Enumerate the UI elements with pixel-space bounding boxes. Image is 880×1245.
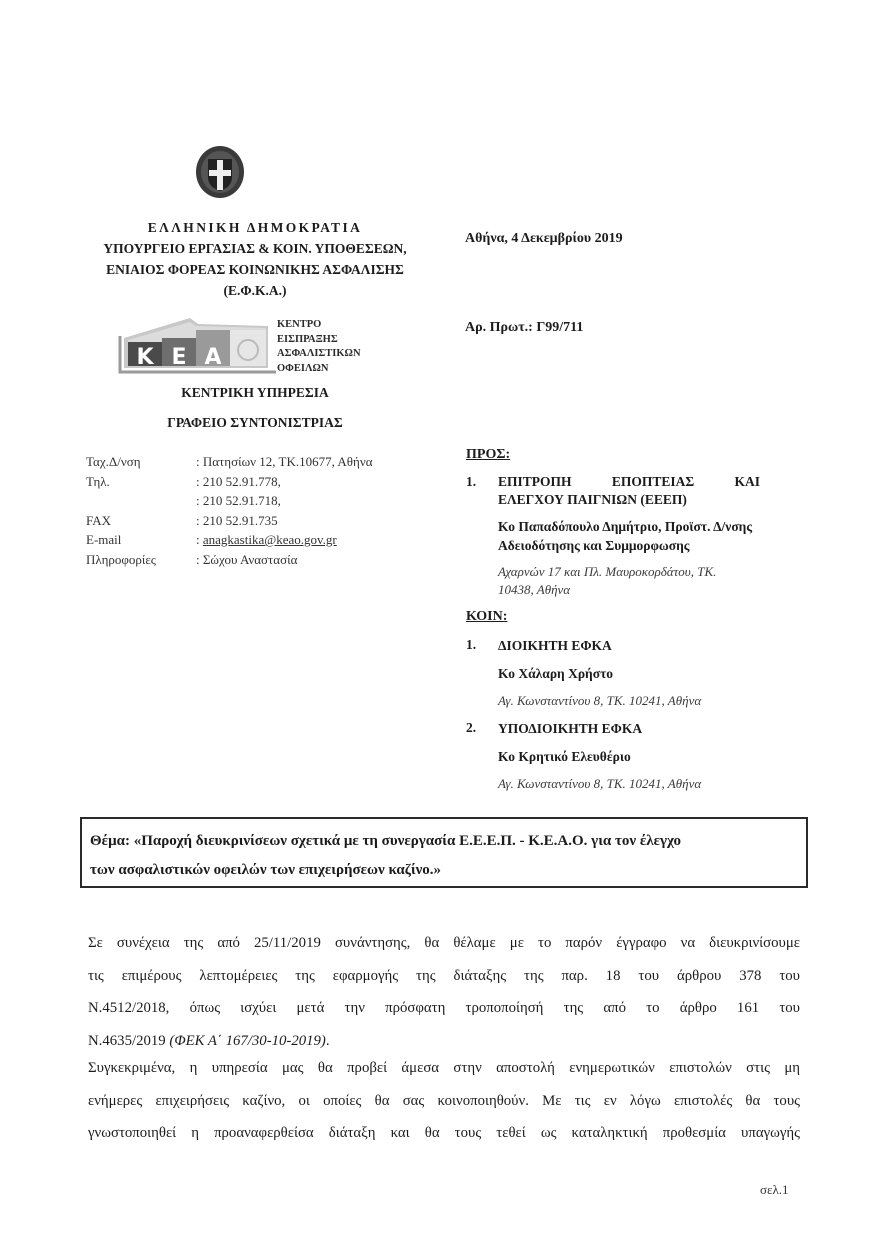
address-line: 10438, Αθήνα [498, 581, 716, 599]
org-word: ΕΠΙΤΡΟΠΗ [498, 473, 572, 491]
recipient-address: Αγ. Κωνσταντίνου 8, ΤΚ. 10241, Αθήνα [498, 775, 701, 793]
logo-text-line: ΑΣΦΑΛΙΣΤΙΚΩΝ [277, 347, 361, 362]
document-date: Αθήνα, 4 Δεκεμβρίου 2019 [465, 231, 623, 247]
contact-label: Ταχ.Δ/νση [86, 452, 196, 472]
person-line: Αδειοδότησης και Συμμορφωσης [498, 537, 752, 556]
email-link[interactable]: anagkastika@keao.gov.gr [203, 532, 337, 547]
agency-name: ΕΝΙΑΙΟΣ ΦΟΡΕΑΣ ΚΟΙΝΩΝΙΚΗΣ ΑΣΦΑΛΙΣΗΣ [70, 259, 440, 280]
punctuation: . [326, 1033, 330, 1049]
contact-info: Ταχ.Δ/νση : Πατησίων 12, ΤΚ.10677, Αθήνα… [86, 452, 373, 569]
gazette-reference: (ΦΕΚ Α΄ 167/30-10-2019) [169, 1033, 325, 1049]
org-word: ΕΠΟΠΤΕΙΑΣ [612, 473, 694, 491]
contact-label: E-mail [86, 530, 196, 550]
recipient-org: ΥΠΟΔΙΟΙΚΗΤΗ ΕΦΚΑ [498, 720, 642, 738]
cc-heading: ΚΟΙΝ: [466, 609, 507, 625]
contact-value: : Πατησίων 12, ΤΚ.10677, Αθήνα [196, 452, 373, 472]
agency-abbr: (Ε.Φ.Κ.Α.) [70, 280, 440, 301]
contact-value: : anagkastika@keao.gov.gr [196, 530, 337, 550]
paragraph-line: Σε συνέχεια της από 25/11/2019 συνάντηση… [88, 927, 800, 960]
protocol-number: Αρ. Πρωτ.: Γ99/711 [465, 320, 583, 336]
office-name: ΓΡΑΦΕΙΟ ΣΥΝΤΟΝΙΣΤΡΙΑΣ [70, 412, 440, 433]
contact-label [86, 491, 196, 511]
page-number: σελ.1 [760, 1182, 789, 1198]
subject-box: Θέμα: «Παροχή διευκρινίσεων σχετικά με τ… [80, 817, 808, 888]
contact-row-phone: Τηλ. : 210 52.91.778, [86, 472, 373, 492]
logo-text-line: ΟΦΕΙΛΩΝ [277, 362, 361, 377]
republic-name: ΕΛΛΗΝΙΚΗ ΔΗΜΟΚΡΑΤΙΑ [70, 217, 440, 238]
greek-coat-of-arms-icon [194, 143, 246, 201]
contact-row-fax: FAX : 210 52.91.735 [86, 511, 373, 531]
central-service: ΚΕΝΤΡΙΚΗ ΥΠΗΡΕΣΙΑ [70, 382, 440, 403]
paragraph-line: ενήμερες επιχειρήσεις καζίνο, οι οποίες … [88, 1085, 800, 1118]
contact-row-email: E-mail : anagkastika@keao.gov.gr [86, 530, 373, 550]
logo-text-line: ΕΙΣΠΡΑΞΗΣ [277, 333, 361, 348]
subject-line: Θέμα: «Παροχή διευκρινίσεων σχετικά με τ… [90, 827, 798, 856]
recipient-address: Αγ. Κωνσταντίνου 8, ΤΚ. 10241, Αθήνα [498, 692, 701, 710]
org-word: ΚΑΙ [734, 473, 760, 491]
recipient-person: Κο Παπαδόπουλο Δημήτριο, Προϊστ. Δ/νσης … [498, 518, 752, 555]
contact-value: : 210 52.91.735 [196, 511, 278, 531]
ministry-name: ΥΠΟΥΡΓΕΙΟ ΕΡΓΑΣΙΑΣ & ΚΟΙΝ. ΥΠΟΘΕΣΕΩΝ, [70, 238, 440, 259]
contact-label: FAX [86, 511, 196, 531]
recipient-org: ΔΙΟΙΚΗΤΗ ΕΦΚΑ [498, 637, 612, 655]
email-prefix: : [196, 532, 203, 547]
paragraph-line: Συγκεκριμένα, η υπηρεσία μας θα προβεί ά… [88, 1052, 800, 1085]
contact-label: Πληροφορίες [86, 550, 196, 570]
paragraph-line: τις επιμέρους λεπτομέρειες της εφαρμογής… [88, 960, 800, 993]
recipient-org: ΕΠΙΤΡΟΠΗ ΕΠΟΠΤΕΙΑΣ ΚΑΙ ΕΛΕΓΧΟΥ ΠΑΙΓΝΙΩΝ … [498, 473, 760, 509]
recipient-number: 2. [466, 720, 476, 736]
contact-row-info: Πληροφορίες : Σώχου Αναστασία [86, 550, 373, 570]
svg-text:A: A [204, 345, 221, 370]
paragraph-line: Ν.4512/2018, όπως ισχύει μετά την πρόσφα… [88, 992, 800, 1025]
address-line: Αχαρνών 17 και Πλ. Μαυροκορδάτου, ΤΚ. [498, 563, 716, 581]
recipient-person: Κο Χάλαρη Χρήστο [498, 665, 613, 684]
subject-line: των ασφαλιστικών οφειλών των επιχειρήσεω… [90, 856, 798, 885]
law-reference: Ν.4635/2019 [88, 1033, 169, 1049]
recipient-person: Κο Κρητικό Ελευθέριο [498, 748, 631, 767]
keao-logo: K E A [118, 312, 278, 376]
person-line: Κο Παπαδόπουλο Δημήτριο, Προϊστ. Δ/νσης [498, 518, 752, 537]
svg-text:K: K [136, 345, 154, 370]
contact-value: : Σώχου Αναστασία [196, 550, 297, 570]
government-header: ΕΛΛΗΝΙΚΗ ΔΗΜΟΚΡΑΤΙΑ ΥΠΟΥΡΓΕΙΟ ΕΡΓΑΣΙΑΣ &… [70, 217, 440, 301]
contact-label: Τηλ. [86, 472, 196, 492]
contact-row-address: Ταχ.Δ/νση : Πατησίων 12, ΤΚ.10677, Αθήνα [86, 452, 373, 472]
body-paragraph-1: Σε συνέχεια της από 25/11/2019 συνάντηση… [88, 927, 800, 1057]
svg-text:E: E [171, 345, 186, 370]
recipient-number: 1. [466, 474, 476, 490]
keao-logo-text: ΚΕΝΤΡΟ ΕΙΣΠΡΑΞΗΣ ΑΣΦΑΛΙΣΤΙΚΩΝ ΟΦΕΙΛΩΝ [277, 318, 361, 376]
paragraph-line: γνωστοποιηθεί η προαναφερθείσα διάταξη κ… [88, 1117, 800, 1150]
to-heading: ΠΡΟΣ: [466, 447, 510, 463]
body-paragraph-2: Συγκεκριμένα, η υπηρεσία μας θα προβεί ά… [88, 1052, 800, 1150]
contact-value: : 210 52.91.718, [196, 491, 281, 511]
recipient-address: Αχαρνών 17 και Πλ. Μαυροκορδάτου, ΤΚ. 10… [498, 563, 716, 599]
org-line: ΕΛΕΓΧΟΥ ΠΑΙΓΝΙΩΝ (ΕΕΕΠ) [498, 491, 760, 509]
recipient-number: 1. [466, 637, 476, 653]
logo-text-line: ΚΕΝΤΡΟ [277, 318, 361, 333]
contact-row-phone-2: : 210 52.91.718, [86, 491, 373, 511]
contact-value: : 210 52.91.778, [196, 472, 281, 492]
